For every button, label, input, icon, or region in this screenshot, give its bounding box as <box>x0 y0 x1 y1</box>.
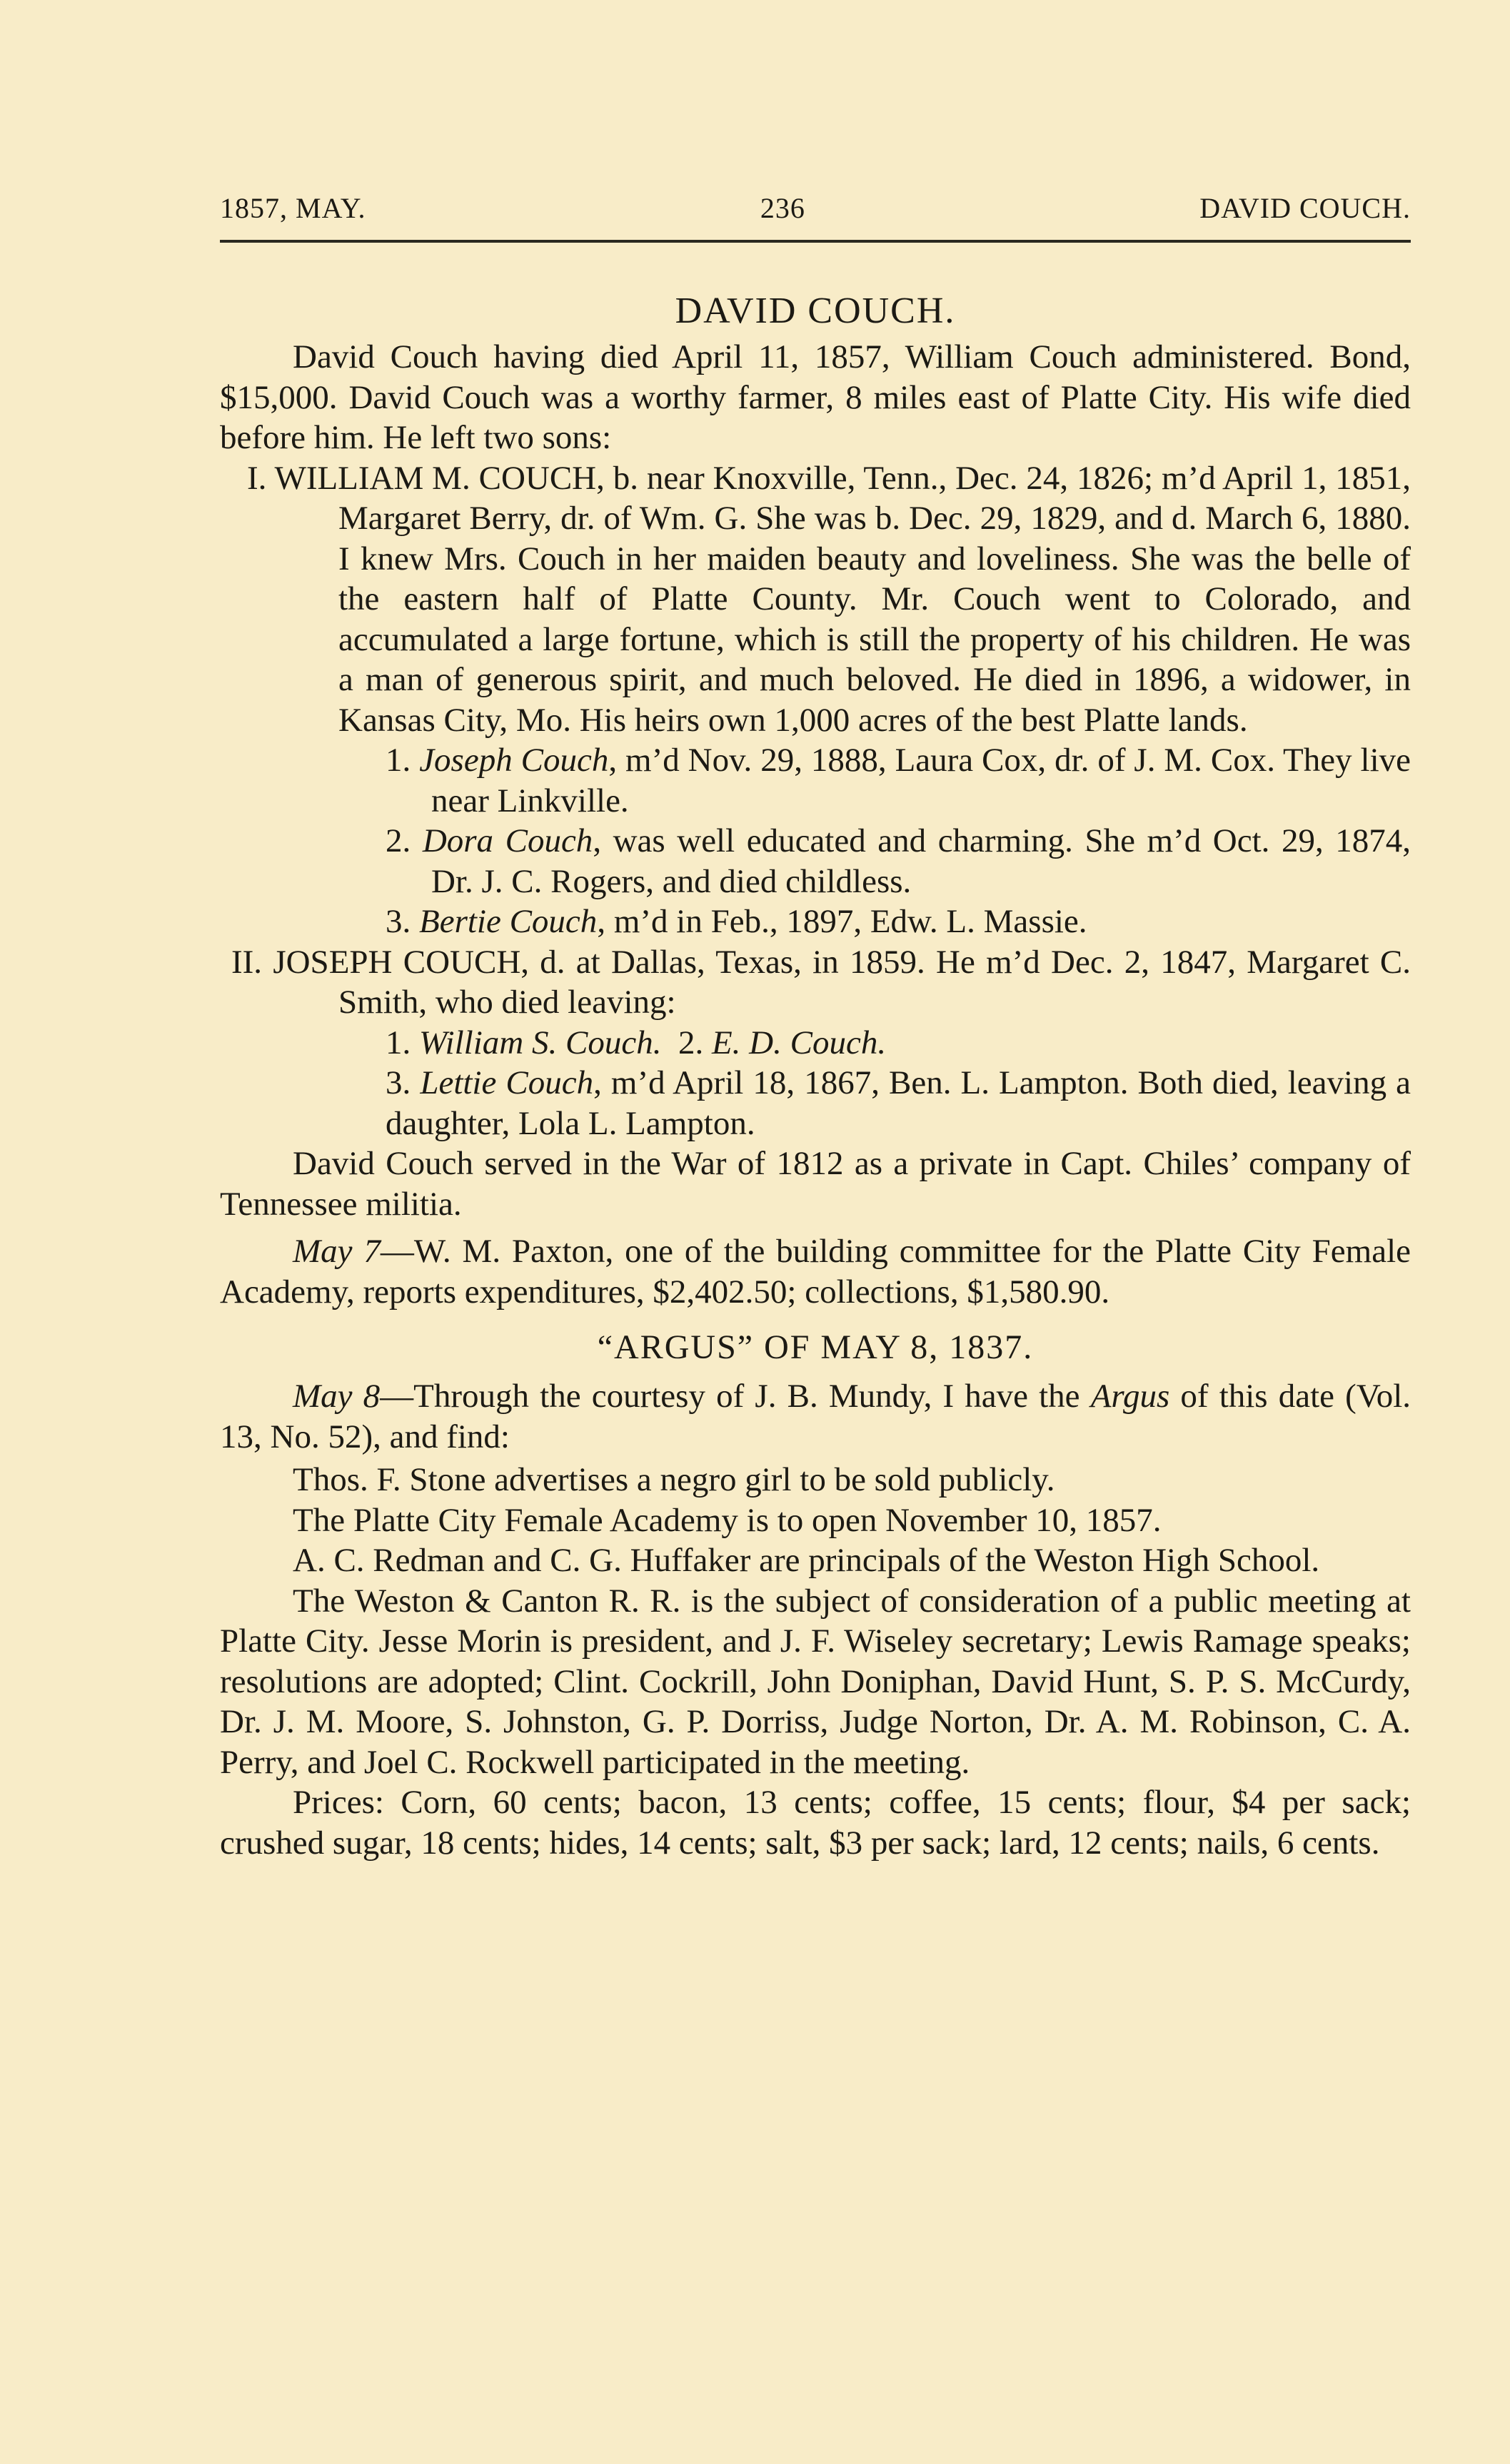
page-title: DAVID COUCH. <box>220 290 1411 333</box>
running-head-title: DAVID COUCH. <box>1199 191 1411 225</box>
grandchild-number: 1. <box>386 742 411 779</box>
grandchild-name: William S. Couch. <box>419 1024 661 1061</box>
son-text: WILLIAM M. COUCH, b. near Knoxville, Ten… <box>274 460 1411 739</box>
grandchild-number: 3. <box>386 903 411 940</box>
son-text: JOSEPH COUCH, d. at Dallas, Texas, in 18… <box>273 944 1411 1021</box>
grandchild-entry: 3. Lettie Couch, m’d April 18, 1867, Ben… <box>220 1063 1411 1143</box>
argus-item: Thos. F. Stone advertises a negro girl t… <box>220 1460 1411 1500</box>
running-head: 1857, MAY. 236 DAVID COUCH. <box>220 191 1411 237</box>
son-entry-1: I. WILLIAM M. COUCH, b. near Knoxville, … <box>220 458 1411 741</box>
grandchild-entry: 2. Dora Couch, was well educated and cha… <box>220 821 1411 902</box>
grandchild-name: Joseph Couch <box>419 742 608 779</box>
newspaper-name: Argus <box>1091 1378 1170 1415</box>
son-entry-2: II. JOSEPH COUCH, d. at Dallas, Texas, i… <box>220 942 1411 1023</box>
war-service-paragraph: David Couch served in the War of 1812 as… <box>220 1143 1411 1224</box>
page-number: 236 <box>760 191 805 225</box>
may8-paragraph: May 8—Through the courtesy of J. B. Mund… <box>220 1376 1411 1457</box>
header-rule <box>220 240 1411 243</box>
argus-item: The Weston & Canton R. R. is the subject… <box>220 1581 1411 1783</box>
grandchild-name: Bertie Couch <box>419 903 597 940</box>
son-numeral: I. <box>247 460 266 497</box>
grandchild-number: 2. <box>678 1024 703 1061</box>
book-page: 1857, MAY. 236 DAVID COUCH. DAVID COUCH.… <box>220 191 1411 1863</box>
grandchild-name: Lettie Couch <box>420 1064 593 1101</box>
entry-date: May 7 <box>293 1233 381 1270</box>
grandchild-number: 1. <box>386 1024 411 1061</box>
grandchild-text: , m’d in Feb., 1897, Edw. L. Massie. <box>597 903 1087 940</box>
intro-paragraph: David Couch having died April 11, 1857, … <box>220 337 1411 458</box>
running-head-date: 1857, MAY. <box>220 191 366 225</box>
may7-paragraph: May 7—W. M. Paxton, one of the building … <box>220 1231 1411 1312</box>
grandchild-line: 1. William S. Couch. 2. E. D. Couch. <box>220 1023 1411 1064</box>
section-title: “ARGUS” OF MAY 8, 1837. <box>220 1326 1411 1369</box>
grandchild-number: 3. <box>386 1064 411 1101</box>
entry-text: —W. M. Paxton, one of the building commi… <box>220 1233 1411 1311</box>
grandchild-entry: 1. Joseph Couch, m’d Nov. 29, 1888, Laur… <box>220 740 1411 821</box>
entry-date: May 8 <box>293 1378 380 1415</box>
grandchild-number: 2. <box>386 822 411 859</box>
grandchild-entry: 3. Bertie Couch, m’d in Feb., 1897, Edw.… <box>220 902 1411 942</box>
entry-text: —Through the courtesy of J. B. Mundy, I … <box>380 1378 1091 1415</box>
son-numeral: II. <box>231 944 262 981</box>
grandchild-name: E. D. Couch. <box>712 1024 886 1061</box>
grandchild-name: Dora Couch <box>423 822 593 859</box>
argus-item: A. C. Redman and C. G. Huffaker are prin… <box>220 1540 1411 1581</box>
argus-item: The Platte City Female Academy is to ope… <box>220 1500 1411 1541</box>
argus-prices: Prices: Corn, 60 cents; bacon, 13 cents;… <box>220 1782 1411 1863</box>
